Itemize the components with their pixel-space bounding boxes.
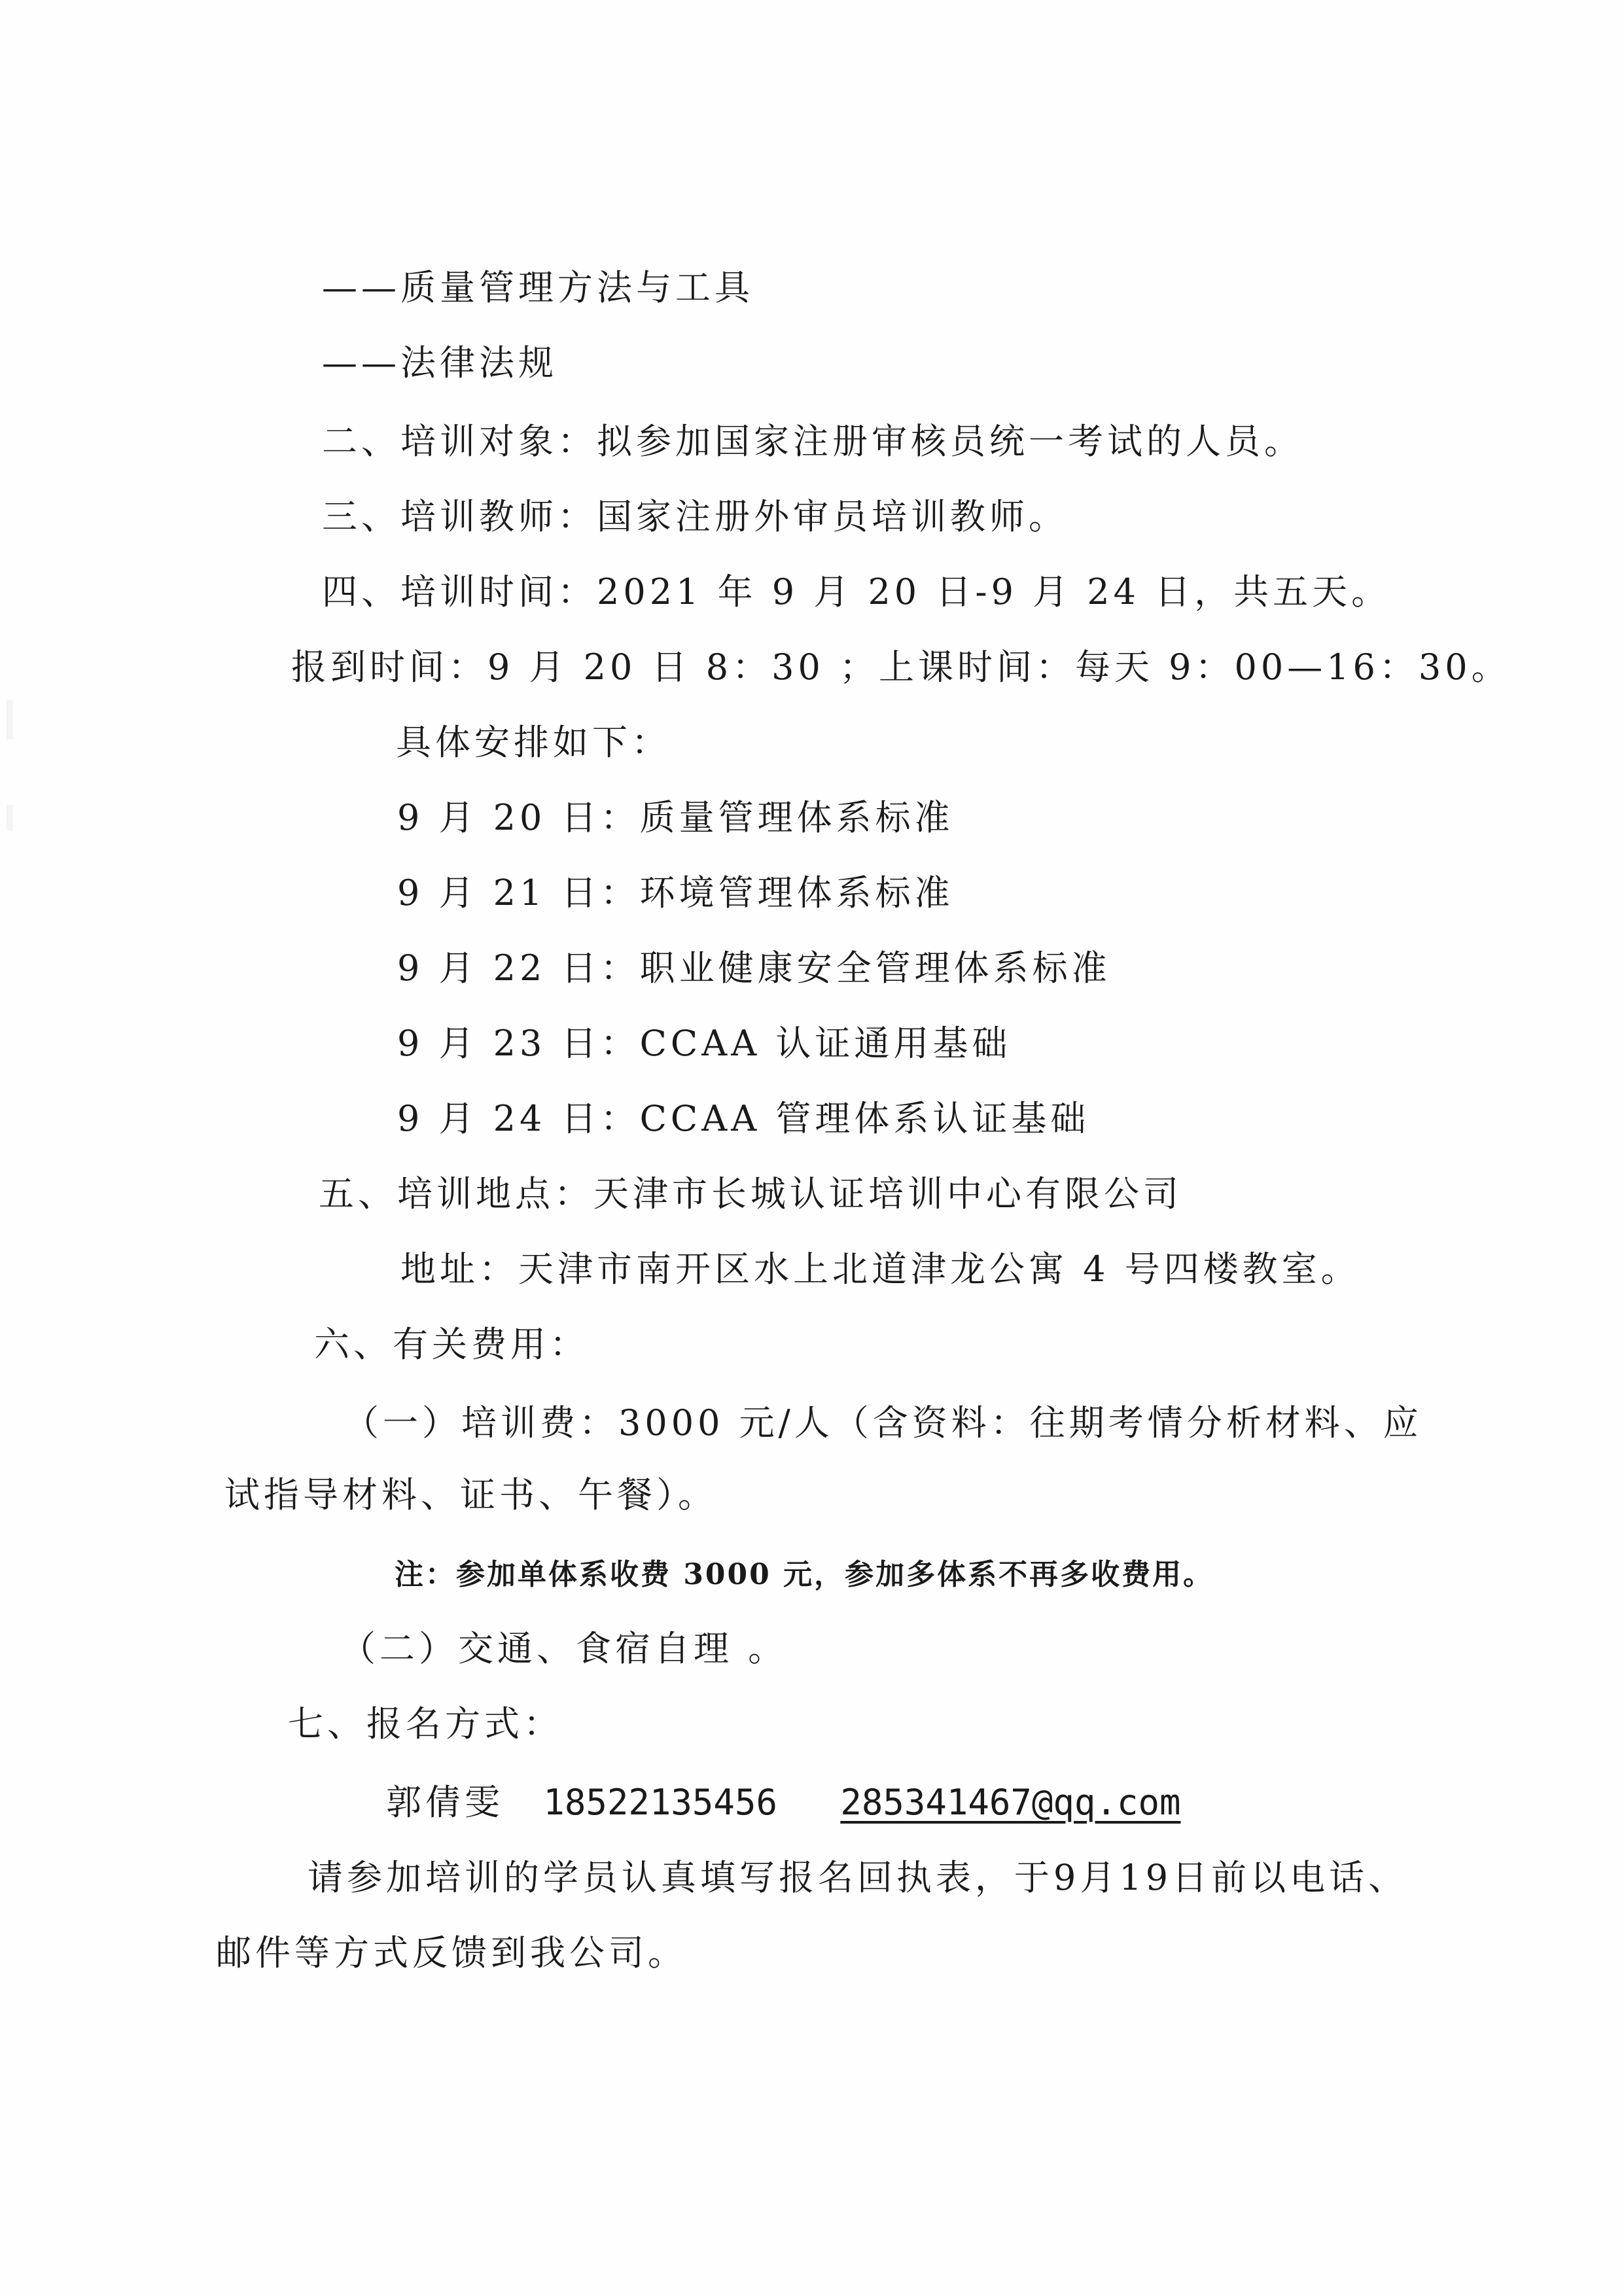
schedule-date: 9 月 21 日： — [397, 872, 640, 913]
topic-quality-methods: ——质量管理方法与工具 — [322, 265, 754, 311]
fee-item-transport: （二）交通、食宿自理 。 — [340, 1626, 787, 1672]
checkin-time: 报到时间：9 月 20 日 8：30 ；上课时间：每天 9：00—16：30。 — [291, 645, 1511, 690]
schedule-topic: CCAA 认证通用基础 — [640, 1023, 1012, 1064]
schedule-item: 9 月 21 日：环境管理体系标准 — [397, 870, 954, 916]
schedule-topic: CCAA 管理体系认证基础 — [640, 1098, 1090, 1139]
schedule-intro: 具体安排如下： — [396, 720, 671, 766]
section-registration-heading: 七、报名方式： — [288, 1701, 563, 1747]
scan-artifact — [7, 805, 13, 831]
contact-email-link[interactable]: 285341467@qq.com — [840, 1782, 1180, 1823]
schedule-item: 9 月 22 日：职业健康安全管理体系标准 — [397, 945, 1111, 991]
closing-instruction-cont: 邮件等方式反馈到我公司。 — [216, 1930, 687, 1976]
schedule-topic: 质量管理体系标准 — [640, 797, 954, 838]
section-teachers: 三、培训教师：国家注册外审员培训教师。 — [322, 494, 1068, 540]
address: 地址：天津市南开区水上北道津龙公寓 4 号四楼教室。 — [400, 1246, 1360, 1292]
schedule-item: 9 月 20 日：质量管理体系标准 — [397, 795, 954, 841]
schedule-date: 9 月 24 日： — [397, 1098, 640, 1139]
fee-item-training: （一）培训费：3000 元/人（含资料：往期考情分析材料、应 — [344, 1400, 1422, 1446]
closing-instruction: 请参加培训的学员认真填写报名回执表，于9月19日前以电话、 — [308, 1855, 1407, 1901]
schedule-item: 9 月 24 日：CCAA 管理体系认证基础 — [397, 1096, 1089, 1142]
fee-item-training-cont: 试指导材料、证书、午餐）。 — [224, 1472, 717, 1518]
section-fees-heading: 六、有关费用： — [314, 1322, 589, 1368]
document-page: ——质量管理方法与工具 ——法律法规 二、培训对象：拟参加国家注册审核员统一考试… — [0, 0, 1624, 2296]
section-trainees: 二、培训对象：拟参加国家注册审核员统一考试的人员。 — [322, 419, 1303, 465]
schedule-date: 9 月 23 日： — [397, 1023, 640, 1064]
section-training-time: 四、培训时间：2021 年 9 月 20 日-9 月 24 日，共五天。 — [322, 569, 1390, 615]
schedule-item: 9 月 23 日：CCAA 认证通用基础 — [397, 1021, 1011, 1067]
scan-artifact — [7, 700, 13, 739]
schedule-topic: 环境管理体系标准 — [640, 872, 954, 913]
schedule-date: 9 月 20 日： — [397, 797, 640, 838]
contact-name: 郭倩雯 — [386, 1782, 504, 1823]
contact-line: 郭倩雯 18522135456 285341467@qq.com — [386, 1780, 1180, 1826]
contact-phone: 18522135456 — [543, 1782, 777, 1823]
fee-note: 注：参加单体系收费 3000 元，参加多体系不再多收费用。 — [395, 1552, 1214, 1598]
section-location: 五、培训地点：天津市长城认证培训中心有限公司 — [319, 1171, 1182, 1217]
topic-laws: ——法律法规 — [322, 340, 557, 386]
schedule-topic: 职业健康安全管理体系标准 — [640, 947, 1111, 989]
schedule-date: 9 月 22 日： — [397, 947, 640, 989]
